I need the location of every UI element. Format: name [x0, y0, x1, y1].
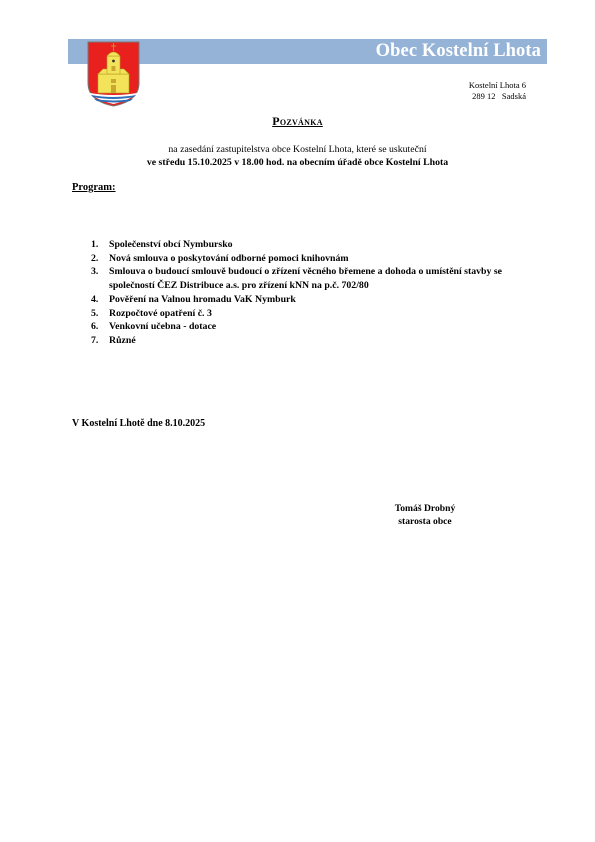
item-text: Smlouva o budoucí smlouvě budoucí o zříz… — [109, 265, 521, 292]
item-text: Venkovní učebna - dotace — [109, 320, 521, 334]
program-item: 4.Pověření na Valnou hromadu VaK Nymburk — [91, 293, 521, 307]
intro-line-2: ve středu 15.10.2025 v 18.00 hod. na obe… — [0, 156, 595, 169]
item-number: 2. — [91, 252, 109, 266]
signature-block: Tomáš Drobný starosta obce — [365, 502, 485, 528]
item-text: Pověření na Valnou hromadu VaK Nymburk — [109, 293, 521, 307]
coat-of-arms-icon — [87, 41, 140, 107]
place-and-date: V Kostelní Lhotě dne 8.10.2025 — [72, 418, 205, 429]
signatory-name: Tomáš Drobný — [365, 502, 485, 515]
program-item: 1.Společenství obcí Nymbursko — [91, 238, 521, 252]
title-text: Pozvánka — [272, 114, 323, 128]
item-text: Společenství obcí Nymbursko — [109, 238, 521, 252]
document-title: Pozvánka — [0, 114, 595, 129]
program-item: 7.Různé — [91, 334, 521, 348]
program-item: 6.Venkovní učebna - dotace — [91, 320, 521, 334]
program-item: 2.Nová smlouva o poskytování odborné pom… — [91, 252, 521, 266]
item-number: 3. — [91, 265, 109, 292]
item-number: 6. — [91, 320, 109, 334]
item-text: Různé — [109, 334, 521, 348]
item-text: Nová smlouva o poskytování odborné pomoc… — [109, 252, 521, 266]
item-text: Rozpočtové opatření č. 3 — [109, 307, 521, 321]
municipality-name: Obec Kostelní Lhota — [376, 41, 541, 62]
address-block: Kostelní Lhota 6 289 12 Sadská — [469, 80, 526, 102]
program-item: 3.Smlouva o budoucí smlouvě budoucí o zř… — [91, 265, 521, 292]
address-street: Kostelní Lhota 6 — [469, 80, 526, 91]
program-list: 1.Společenství obcí Nymbursko 2.Nová sml… — [91, 238, 521, 348]
item-number: 4. — [91, 293, 109, 307]
intro-line-1: na zasedání zastupitelstva obce Kostelní… — [0, 143, 595, 156]
item-number: 5. — [91, 307, 109, 321]
program-item: 5.Rozpočtové opatření č. 3 — [91, 307, 521, 321]
item-number: 1. — [91, 238, 109, 252]
program-label: Program: — [72, 182, 116, 193]
item-number: 7. — [91, 334, 109, 348]
signatory-role: starosta obce — [365, 515, 485, 528]
address-postal: 289 12 Sadská — [469, 91, 526, 102]
invitation-intro: na zasedání zastupitelstva obce Kostelní… — [0, 143, 595, 169]
